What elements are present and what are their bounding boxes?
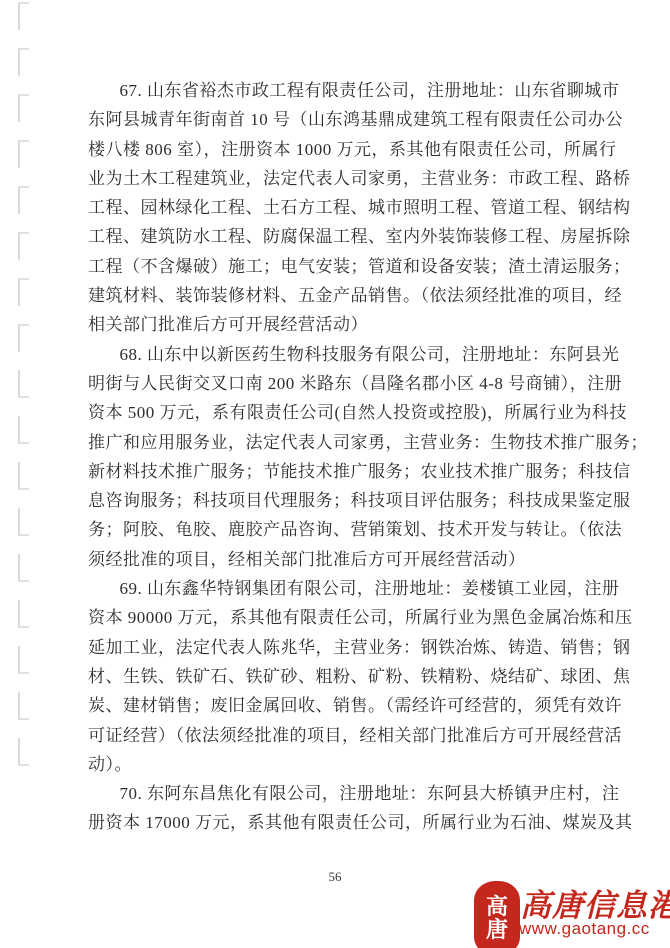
text-line: 炭、建材销售；废旧金属回收、销售。（需经许可经营的，须凭有效许: [88, 691, 612, 720]
binding-mark: [18, 140, 29, 168]
text-line: 延加工业，法定代表人陈兆华，主营业务：钢铁冶炼、铸造、销售；钢: [88, 633, 612, 662]
watermark-brand-text: 高唐信息港: [520, 880, 670, 925]
text-line: 工程（不含爆破）施工；电气安装；管道和设备安装；渣土清运服务；: [88, 252, 612, 281]
paragraph-68: 68. 山东中以新医药生物科技服务有限公司，注册地址：东阿县光 明街与人民街交叉…: [88, 340, 612, 574]
binding-mark: [18, 232, 29, 260]
text-line: 材、生铁、铁矿石、铁矿砂、粗粉、矿粉、铁精粉、烧结矿、球团、焦: [88, 662, 612, 691]
binding-mark: [18, 462, 29, 490]
seal-char-bottom: 唐: [486, 918, 508, 941]
binding-mark: [18, 554, 29, 582]
paragraph-67: 67. 山东省裕杰市政工程有限责任公司，注册地址：山东省聊城市 东阿县城青年街南…: [88, 76, 612, 340]
text-line: 新材料技术推广服务；节能技术推广服务；农业技术推广服务；科技信: [88, 457, 612, 486]
binding-mark: [18, 94, 29, 122]
text-line: 69. 山东鑫华特钢集团有限公司，注册地址：姜楼镇工业园，注册: [88, 574, 612, 603]
text-line: 可证经营）（依法须经批准的项目，经相关部门批准后方可开展经营活: [88, 721, 612, 750]
binding-marks: [18, 2, 29, 784]
text-line: 东阿县城青年街南首 10 号（山东鸿基鼎成建筑工程有限责任公司办公: [88, 105, 612, 134]
text-line: 息咨询服务；科技项目代理服务；科技项目评估服务；科技成果鉴定服: [88, 486, 612, 515]
text-line: 务；阿胶、龟胶、鹿胶产品咨询、营销策划、技术开发与转让。（依法: [88, 515, 612, 544]
text-line: 建筑材料、装饰装修材料、五金产品销售。（依法须经批准的项目，经: [88, 281, 612, 310]
binding-mark: [18, 48, 29, 76]
paragraph-69: 69. 山东鑫华特钢集团有限公司，注册地址：姜楼镇工业园，注册 资本 90000…: [88, 574, 612, 779]
text-line: 相关部门批准后方可开展经营活动）: [88, 310, 612, 339]
page-number: 56: [0, 869, 670, 885]
text-line: 册资本 17000 万元，系其他有限责任公司，所属行业为石油、煤炭及其: [88, 808, 612, 837]
binding-mark: [18, 416, 29, 444]
text-line: 资本 500 万元，系有限责任公司(自然人投资或控股)，所属行业为科技: [88, 398, 612, 427]
gaotang-seal-logo: 高 唐: [474, 881, 520, 948]
text-line: 楼八楼 806 室），注册资本 1000 万元，系其他有限责任公司，所属行: [88, 135, 612, 164]
document-body: 67. 山东省裕杰市政工程有限责任公司，注册地址：山东省聊城市 东阿县城青年街南…: [88, 76, 612, 838]
text-line: 推广和应用服务业，法定代表人司家勇，主营业务：生物技术推广服务；: [88, 428, 612, 457]
binding-mark: [18, 692, 29, 720]
binding-mark: [18, 646, 29, 674]
text-line: 明街与人民街交叉口南 200 米路东（昌隆名郡小区 4-8 号商铺），注册: [88, 369, 612, 398]
scanned-document-page: 67. 山东省裕杰市政工程有限责任公司，注册地址：山东省聊城市 东阿县城青年街南…: [0, 0, 670, 948]
text-line: 业为土木工程建筑业，法定代表人司家勇，主营业务：市政工程、路桥: [88, 164, 612, 193]
watermark-url: www.gaotang.cc: [519, 919, 650, 939]
text-line: 67. 山东省裕杰市政工程有限责任公司，注册地址：山东省聊城市: [88, 76, 612, 105]
binding-mark: [18, 186, 29, 214]
binding-mark: [18, 738, 29, 766]
paragraph-70: 70. 东阿东昌焦化有限公司，注册地址：东阿县大桥镇尹庄村，注 册资本 1700…: [88, 779, 612, 838]
text-line: 须经批准的项目，经相关部门批准后方可开展经营活动）: [88, 545, 612, 574]
text-line: 动）。: [88, 750, 612, 779]
text-line: 资本 90000 万元，系其他有限责任公司，所属行业为黑色金属冶炼和压: [88, 603, 612, 632]
seal-char-top: 高: [486, 895, 508, 918]
text-line: 工程、园林绿化工程、土石方工程、城市照明工程、管道工程、钢结构: [88, 193, 612, 222]
binding-mark: [18, 278, 29, 306]
text-line: 70. 东阿东昌焦化有限公司，注册地址：东阿县大桥镇尹庄村，注: [88, 779, 612, 808]
binding-mark: [18, 370, 29, 398]
binding-mark: [18, 600, 29, 628]
binding-mark: [18, 508, 29, 536]
text-line: 68. 山东中以新医药生物科技服务有限公司，注册地址：东阿县光: [88, 340, 612, 369]
binding-mark: [18, 2, 29, 30]
binding-mark: [18, 324, 29, 352]
text-line: 工程、建筑防水工程、防腐保温工程、室内外装饰装修工程、房屋拆除: [88, 222, 612, 251]
